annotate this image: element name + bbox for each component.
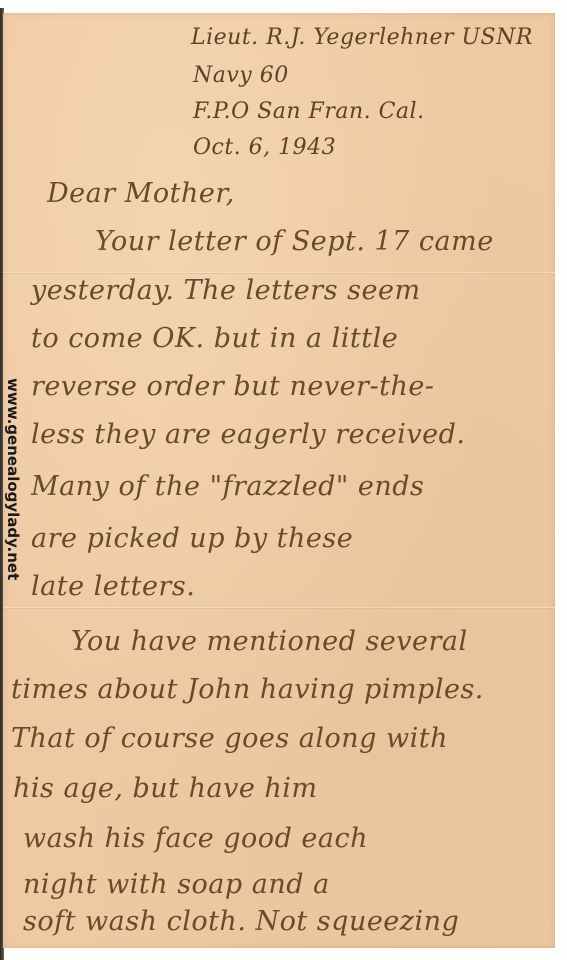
body-line: times about John having pimples. bbox=[11, 674, 484, 705]
fold-line bbox=[3, 607, 555, 609]
body-line: are picked up by these bbox=[31, 523, 353, 554]
sender-unit: Navy 60 bbox=[193, 63, 289, 88]
body-line: Your letter of Sept. 17 came bbox=[95, 226, 494, 257]
body-line: You have mentioned several bbox=[71, 626, 468, 657]
body-line: wash his face good each bbox=[23, 823, 368, 854]
body-line: his age, but have him bbox=[13, 773, 318, 804]
body-line: late letters. bbox=[31, 571, 195, 602]
fold-line bbox=[3, 272, 555, 274]
sender-address: F.P.O San Fran. Cal. bbox=[193, 99, 425, 124]
body-line: reverse order but never-the- bbox=[31, 371, 434, 402]
letter-date: Oct. 6, 1943 bbox=[193, 135, 336, 160]
watermark-text: www.genealogylady.net bbox=[4, 378, 22, 580]
body-line: night with soap and a bbox=[23, 869, 330, 900]
body-line: Many of the "frazzled" ends bbox=[31, 471, 424, 502]
body-line: soft wash cloth. Not squeezing bbox=[23, 906, 459, 937]
body-line: That of course goes along with bbox=[11, 723, 448, 754]
letter-paper: Lieut. R.J. Yegerlehner USNR Navy 60 F.P… bbox=[3, 13, 555, 948]
body-line: to come OK. but in a little bbox=[31, 323, 398, 354]
salutation: Dear Mother, bbox=[47, 178, 235, 209]
body-line: less they are eagerly received. bbox=[31, 419, 465, 450]
sender-name: Lieut. R.J. Yegerlehner USNR bbox=[191, 25, 533, 50]
body-line: yesterday. The letters seem bbox=[31, 275, 421, 306]
